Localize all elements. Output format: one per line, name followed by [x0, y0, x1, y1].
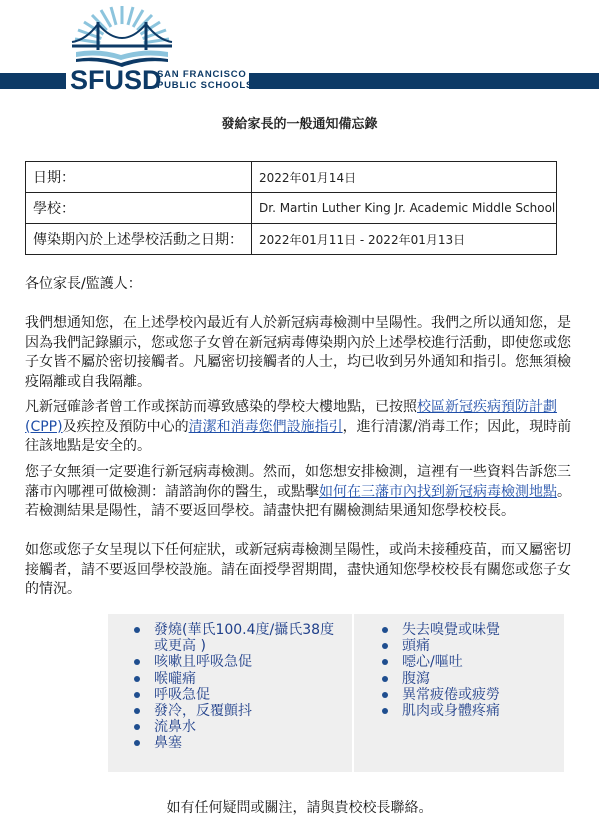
- page-title: 發給家長的一般通知備忘錄: [0, 113, 599, 132]
- bullet-icon: [134, 692, 140, 698]
- header-bar-left: [0, 73, 66, 89]
- bullet-icon: [382, 643, 388, 649]
- tagline-line1: SAN FRANCISCO: [157, 69, 253, 80]
- symptoms-list-right: 失去嗅覺或味覺 頭痛 噁心/嘔吐 腹瀉 異常疲倦或疲勞 肌肉或身體疼痛: [382, 622, 562, 719]
- bullet-icon: [382, 708, 388, 714]
- list-item: 鼻塞: [134, 735, 344, 751]
- bullet-icon: [134, 724, 140, 730]
- symptoms-column-left: 發燒(華氏100.4度/攝氏38度或更高 ) 咳嗽且呼吸急促 喉嚨痛 呼吸急促 …: [108, 614, 354, 772]
- testing-locations-link[interactable]: 如何在三藩市內找到新冠病毒檢測地點: [319, 484, 557, 500]
- paragraph-cleaning: 凡新冠確診者曾工作或探訪而導致感染的學校大樓地點，已按照校區新冠疾病預防計劃(C…: [25, 398, 573, 457]
- list-item: 呼吸急促: [134, 687, 344, 703]
- list-item: 失去嗅覺或味覺: [382, 622, 562, 638]
- info-table: 日期： 2022年01月14日 學校： Dr. Martin Luther Ki…: [25, 161, 557, 255]
- bullet-icon: [134, 708, 140, 714]
- bridge-sunburst-icon: [66, 2, 178, 68]
- list-item: 咳嗽且呼吸急促: [134, 654, 344, 670]
- symptoms-box: 發燒(華氏100.4度/攝氏38度或更高 ) 咳嗽且呼吸急促 喉嚨痛 呼吸急促 …: [108, 614, 564, 772]
- bullet-icon: [134, 627, 140, 633]
- contact-footer: 如有任何疑問或關注，請與貴校校長聯絡。: [0, 797, 599, 817]
- paragraph-notification: 我們想通知您，在上述學校內最近有人於新冠病毒檢測中呈陽性。我們之所以通知您，是因…: [25, 314, 573, 392]
- list-item: 噁心/嘔吐: [382, 654, 562, 670]
- list-item: 喉嚨痛: [134, 671, 344, 687]
- paragraph-text: 凡新冠確診者曾工作或探訪而導致感染的學校大樓地點，已按照: [25, 399, 417, 415]
- date-value: 2022年01月14日: [252, 162, 557, 193]
- bullet-icon: [382, 627, 388, 633]
- bullet-icon: [382, 692, 388, 698]
- tagline-line2: PUBLIC SCHOOLS: [157, 80, 253, 91]
- list-item: 發燒(華氏100.4度/攝氏38度或更高 ): [134, 622, 344, 654]
- header-bar-right: [249, 73, 599, 89]
- brand-tagline: SAN FRANCISCO PUBLIC SCHOOLS: [157, 69, 253, 91]
- activity-dates-value: 2022年01月11日 - 2022年01月13日: [252, 224, 557, 255]
- paragraph-symptoms-intro: 如您或您子女呈現以下任何症狀，或新冠病毒檢測呈陽性，或尚未接種疫苗，而又屬密切接…: [25, 541, 573, 600]
- list-item: 流鼻水: [134, 719, 344, 735]
- paragraph-text: 及疾控及預防中心的: [63, 419, 189, 435]
- table-row: 學校： Dr. Martin Luther King Jr. Academic …: [26, 193, 557, 224]
- list-item: 異常疲倦或疲勞: [382, 687, 562, 703]
- table-row: 日期： 2022年01月14日: [26, 162, 557, 193]
- cleaning-guidance-link[interactable]: 清潔和消毒您們設施指引: [189, 419, 343, 435]
- brand-name: SFUSD: [70, 66, 162, 94]
- activity-dates-label: 傳染期內於上述學校活動之日期：: [26, 224, 252, 255]
- table-row: 傳染期內於上述學校活動之日期： 2022年01月11日 - 2022年01月13…: [26, 224, 557, 255]
- school-label: 學校：: [26, 193, 252, 224]
- list-item: 發冷，反覆顫抖: [134, 703, 344, 719]
- bullet-icon: [134, 740, 140, 746]
- symptoms-list-left: 發燒(華氏100.4度/攝氏38度或更高 ) 咳嗽且呼吸急促 喉嚨痛 呼吸急促 …: [134, 622, 344, 752]
- symptoms-column-right: 失去嗅覺或味覺 頭痛 噁心/嘔吐 腹瀉 異常疲倦或疲勞 肌肉或身體疼痛: [354, 614, 564, 772]
- list-item: 頭痛: [382, 638, 562, 654]
- bullet-icon: [134, 676, 140, 682]
- bullet-icon: [382, 676, 388, 682]
- bullet-icon: [382, 659, 388, 665]
- date-label: 日期：: [26, 162, 252, 193]
- bullet-icon: [134, 659, 140, 665]
- school-value: Dr. Martin Luther King Jr. Academic Midd…: [252, 193, 557, 224]
- list-item: 腹瀉: [382, 671, 562, 687]
- paragraph-testing: 您子女無須一定要進行新冠病毒檢測。然而，如您想安排檢測，這裡有一些資料告訴您三藩…: [25, 463, 573, 522]
- greeting: 各位家長/監護人：: [25, 275, 573, 295]
- list-item: 肌肉或身體疼痛: [382, 703, 562, 719]
